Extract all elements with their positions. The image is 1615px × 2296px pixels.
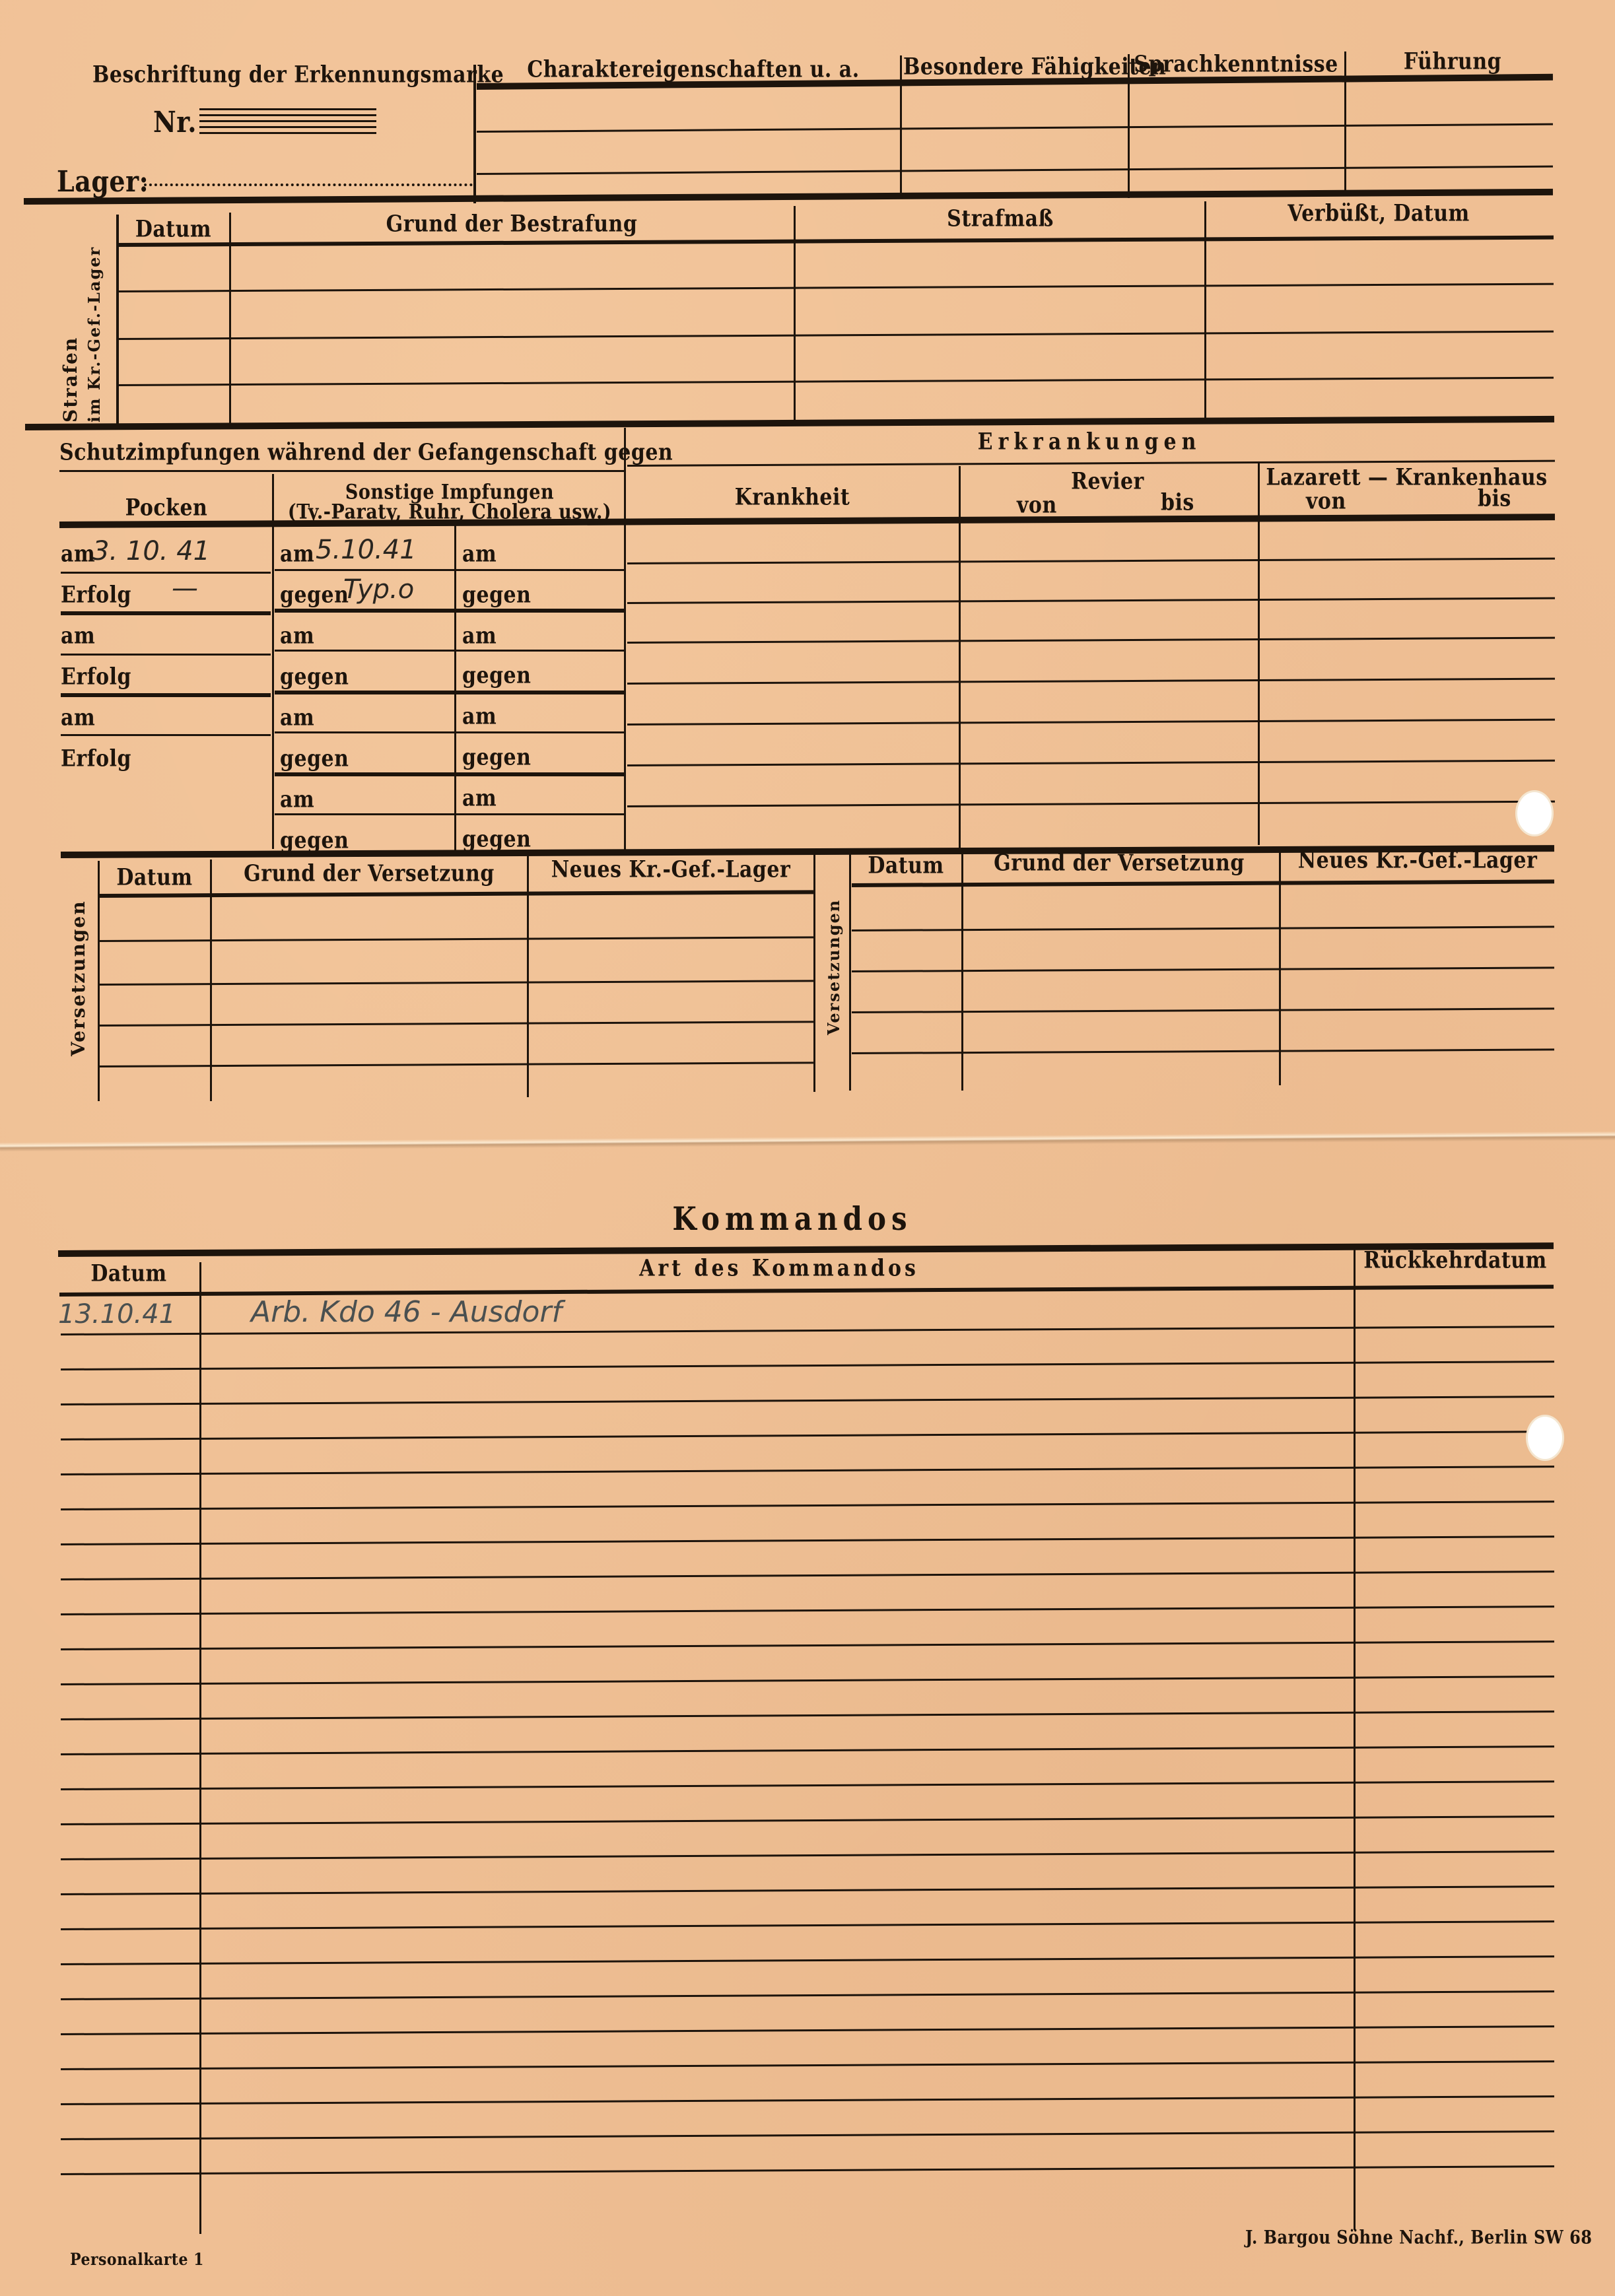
sonstige-label: gegen xyxy=(280,663,349,690)
sonstige-label: gegen xyxy=(280,582,349,608)
pocken-am-label: am xyxy=(61,704,95,731)
punch-hole xyxy=(1528,1417,1562,1459)
sonstige-label: am xyxy=(280,541,314,567)
lager-field[interactable] xyxy=(144,184,473,186)
strafen-col-grund: Grund der Bestrafung xyxy=(231,211,792,237)
impfungen-title: Schutzimpfungen während der Gefangenscha… xyxy=(59,439,621,465)
rule xyxy=(275,569,625,571)
rule xyxy=(61,572,271,574)
erkrankungen-title: Erkrankungen xyxy=(627,428,1552,455)
versetzung-col-lager: Neues Kr.-Gef.-Lager xyxy=(530,856,812,883)
lazarett-bis: bis xyxy=(1478,485,1511,512)
divider xyxy=(454,525,456,850)
rule xyxy=(275,813,625,815)
strafen-side-label: Strafen xyxy=(59,337,81,422)
col-fuehrung: Führung xyxy=(1347,48,1558,75)
divider xyxy=(900,55,902,198)
kommandos-title: Kommandos xyxy=(594,1200,990,1237)
kommandos-col-rueckkehr: Rückkehrdatum xyxy=(1356,1247,1554,1273)
pocken-erfolg-label: Erfolg xyxy=(61,663,131,690)
divider xyxy=(473,65,476,203)
sonstige-label: am xyxy=(280,623,314,649)
divider xyxy=(849,850,851,1091)
rule xyxy=(61,654,271,656)
pocken-erfolg-label: Erfolg xyxy=(61,582,131,608)
col-faehigkeiten: Besondere Fähigkeiten xyxy=(903,53,1128,80)
sonstige-value[interactable]: Typ.o xyxy=(343,574,414,605)
versetzungen-side-label: Versetzungen xyxy=(67,900,89,1056)
versetzung-col-grund: Grund der Versetzung xyxy=(213,860,526,887)
col-krankheit: Krankheit xyxy=(627,484,957,510)
kommandos-col-art: Art des Kommandos xyxy=(205,1255,1354,1281)
divider xyxy=(1204,201,1206,419)
sonstige-label-2: am xyxy=(462,703,497,729)
rule xyxy=(61,611,271,615)
kommandos-col-datum: Datum xyxy=(59,1260,198,1287)
rule xyxy=(59,470,624,472)
divider xyxy=(959,466,961,850)
pocken-am-value[interactable]: 3. 10. 41 xyxy=(92,536,210,566)
lager-label: Lager: xyxy=(57,164,149,199)
lazarett-von: von xyxy=(1306,488,1346,514)
kommando-art[interactable]: Arb. Kdo 46 - Ausdorf xyxy=(251,1295,562,1329)
rule xyxy=(275,772,625,776)
sonstige-label-2: am xyxy=(462,541,497,567)
strafen-col-verbuesst: Verbüßt, Datum xyxy=(1207,200,1550,226)
printer-imprint: J. Bargou Söhne Nachf., Berlin SW 68 xyxy=(1245,2226,1593,2248)
sonstige-label: gegen xyxy=(280,745,349,772)
tag-label: Beschriftung der Erkennungsmarke xyxy=(92,61,436,88)
divider xyxy=(1344,51,1346,190)
col-charakter: Charaktereigenschaften u. a. xyxy=(482,56,905,83)
sonstige-label-2: am xyxy=(462,623,497,649)
versetzungen-side-label: Versetzungen xyxy=(824,899,843,1035)
versetzung-col-lager: Neues Kr.-Gef.-Lager xyxy=(1281,847,1554,873)
divider xyxy=(813,852,815,1092)
versetzung-col-datum: Datum xyxy=(853,852,959,879)
revier-bis: bis xyxy=(1161,489,1194,516)
sonstige-label: am xyxy=(280,786,314,813)
pocken-am-label: am xyxy=(61,541,95,567)
sonstige-label-2: am xyxy=(462,785,497,811)
strafen-col-strafmass: Strafmaß xyxy=(796,205,1205,232)
form-id: Personalkarte 1 xyxy=(70,2250,204,2270)
versetzung-col-datum: Datum xyxy=(100,864,209,891)
pocken-am-label: am xyxy=(61,623,95,649)
sonstige-label-2: gegen xyxy=(462,744,531,770)
kommando-datum[interactable]: 13.10.41 xyxy=(58,1299,176,1330)
versetzung-col-grund: Grund der Versetzung xyxy=(964,850,1274,876)
divider xyxy=(199,1262,201,2234)
pocken-erfolg-label: Erfolg xyxy=(61,745,131,772)
rule xyxy=(61,693,271,697)
sonstige-label: am xyxy=(280,704,314,731)
punch-hole xyxy=(1517,792,1552,834)
col-pocken: Pocken xyxy=(61,494,272,521)
sonstige-value[interactable]: 5.10.41 xyxy=(316,535,417,565)
revier-von: von xyxy=(1017,492,1057,518)
sonstige-label-2: gegen xyxy=(462,826,531,852)
sonstige-label-2: gegen xyxy=(462,582,531,608)
rule xyxy=(275,650,625,652)
sonstige-label-2: gegen xyxy=(462,662,531,689)
col-sprachen: Sprachkenntnisse xyxy=(1130,51,1342,77)
rule xyxy=(61,734,271,736)
divider xyxy=(1354,1246,1356,2230)
strafen-col-datum: Datum xyxy=(119,216,228,242)
divider xyxy=(794,206,796,424)
nr-field[interactable] xyxy=(199,108,376,138)
strafen-side-label-2: im Kr.-Gef.-Lager xyxy=(85,246,104,422)
rule xyxy=(275,691,625,694)
rule xyxy=(275,609,625,613)
nr-label: Nr. xyxy=(153,105,197,139)
rule xyxy=(275,731,625,733)
pocken-erfolg-value[interactable]: — xyxy=(172,573,198,603)
col-revier: Revier xyxy=(961,468,1254,494)
divider xyxy=(272,474,274,849)
